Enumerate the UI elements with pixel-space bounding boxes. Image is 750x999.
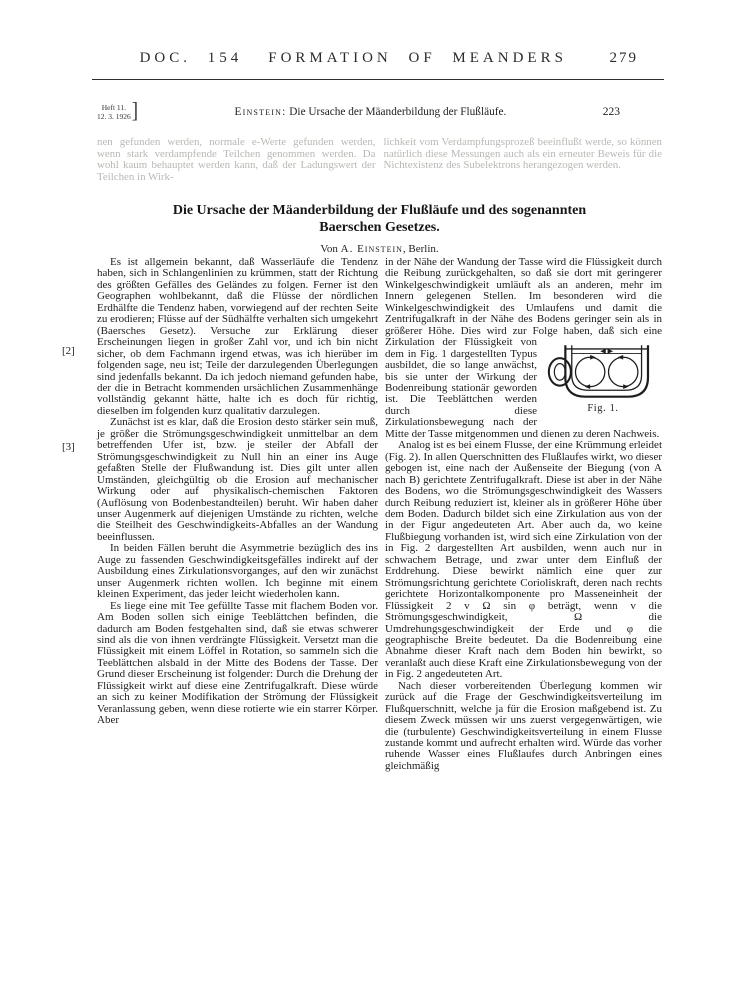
article-title-block: Die Ursache der Mäanderbildung der Flußl… [97,203,662,255]
book-header: DOC. 154FORMATION OF MEANDERS 279 [97,50,662,67]
previous-article-end: nen gefunden werden, normale e-Werte gef… [97,137,662,183]
byline-suffix: , Berlin. [403,243,439,255]
paragraph: Zunächst ist es klar, daß die Erosion de… [97,417,378,543]
journal-header: Heft 11. 12. 3. 1926 ] Einstein: Die Urs… [97,101,662,123]
scanned-page: DOC. 154FORMATION OF MEANDERS 279 Heft 1… [0,0,750,999]
journal-issue-line2: 12. 3. 1926 [97,112,131,121]
article-byline: Von A. Einstein, Berlin. [97,243,662,255]
paragraph-with-figure: in der Nähe der Wandung der Tasse wird d… [385,257,662,440]
previous-article-right-column: lichkeit vom Verdampfungsprozeß beeinflu… [384,137,663,183]
book-page-number: 279 [610,50,639,67]
article-title: Die Ursache der Mäanderbildung der Flußl… [97,203,662,236]
left-column: Es ist allgemein bekannt, daß Wasserläuf… [97,257,378,772]
bracket-glyph: ] [132,99,138,124]
header-divider [92,79,664,80]
paragraph: In beiden Fällen beruht die Asymmetrie b… [97,543,378,600]
margin-note-3: [3] [62,441,75,453]
book-title: FORMATION OF MEANDERS [268,50,567,66]
running-title-text: Die Ursache der Mäanderbildung der Flußl… [289,106,506,118]
journal-running-title: Einstein: Die Ursache der Mäanderbildung… [138,106,603,118]
paragraph: Analog ist es bei einem Flusse, der eine… [385,440,662,681]
paragraph: Es ist allgemein bekannt, daß Wasserläuf… [97,257,378,417]
journal-issue-lines: Heft 11. 12. 3. 1926 [97,103,131,121]
figure-1: Fig. 1. [544,339,662,414]
journal-issue-line1: Heft 11. [97,103,131,112]
paragraph: Nach dieser vorbereitenden Überlegung ko… [385,681,662,773]
article-title-line1: Die Ursache der Mäanderbildung der Flußl… [97,203,662,220]
book-header-title: DOC. 154FORMATION OF MEANDERS [97,50,610,67]
figure-caption: Fig. 1. [587,403,618,414]
article-body: Es ist allgemein bekannt, daß Wasserläuf… [97,257,662,772]
previous-article-left-column: nen gefunden werden, normale e-Werte gef… [97,137,376,183]
byline-author: A. Einstein [341,243,403,255]
right-column: in der Nähe der Wandung der Tasse wird d… [385,257,662,772]
fig1-teacup-illustration [547,339,659,403]
article-title-line2: Baerschen Gesetzes. [97,220,662,237]
paragraph: Es liege eine mit Tee gefüllte Tasse mit… [97,601,378,727]
doc-label: DOC. 154 [140,50,243,66]
byline-prefix: Von [320,243,338,255]
journal-page-number: 223 [603,106,620,118]
running-title-author: Einstein: [234,106,286,118]
margin-note-2: [2] [62,345,75,357]
journal-issue: Heft 11. 12. 3. 1926 ] [97,101,138,123]
